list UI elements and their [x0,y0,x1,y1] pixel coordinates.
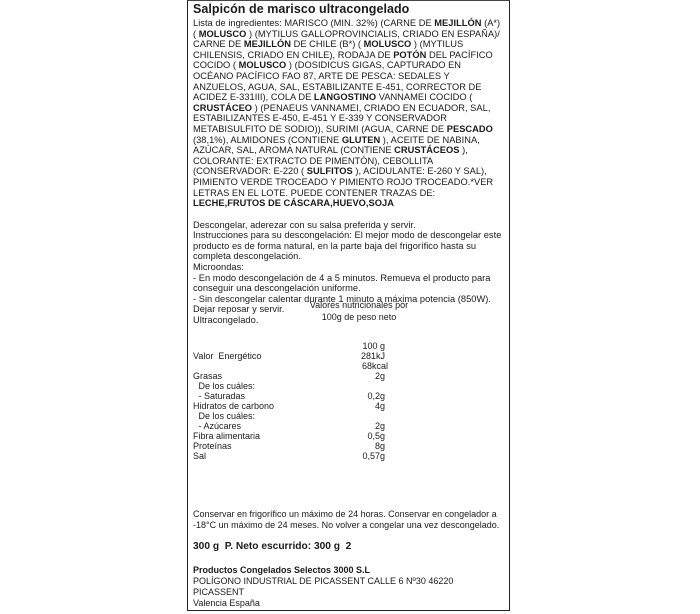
nutrient-label: Sal [193,451,206,461]
nutrition-row: - Saturadas0,2g [193,391,393,401]
company-name: Productos Congelados Selectos 3000 S.L [193,565,503,576]
product-title: Salpicón de marisco ultracongelado [193,2,503,17]
nutrient-value: 2g [375,371,385,381]
company-address: POLÍGONO INDUSTRIAL DE PICASSENT CALLE 6… [193,576,503,598]
nutrient-label: De los cuáles: [196,411,255,421]
allergen-text: CRUSTÁCEOS [394,145,459,155]
nutrition-row: - Azúcares2g [193,421,393,431]
nutrition-row: Hidratos de carbono4g [193,401,393,411]
nutrient-value: 68kcal [362,361,388,371]
nutrition-row: 100 g [193,341,393,351]
net-weight: 300 g P. Neto escurrido: 300 g 2 [193,541,351,552]
nutrition-row: Valor Energético281kJ [193,351,393,361]
ingredient-text: DE CHILE (B*) ( [291,39,364,49]
nutrient-label: Proteínas [193,441,232,451]
ingredient-text: Lista de ingredientes: MARISCO (MIN. 32%… [193,18,434,28]
nutrition-row: 68kcal [193,361,393,371]
allergen-text: MOLUSCO [364,39,412,49]
nutrient-label: De los cuáles: [196,381,255,391]
allergen-text: GLUTEN [342,135,380,145]
nutrient-value: 281kJ [361,351,385,361]
allergen-text: MEJILLÓN [244,39,291,49]
nutrient-label: Grasas [193,371,222,381]
nutrient-value: 100 g [362,341,385,351]
allergen-text: MOLUSCO [239,60,287,70]
ingredient-text: (38,1%), ALMIDONES (CONTIENE [193,135,342,145]
nutrition-row: Sal0,57g [193,451,393,461]
nutrition-row: Fibra alimentaria0,5g [193,431,393,441]
nutrition-heading-line2: 100g de peso neto [215,312,503,324]
ingredients-list: Lista de ingredientes: MARISCO (MIN. 32%… [193,18,503,209]
nutrition-row: De los cuáles: [193,411,393,421]
nutrient-value: 0,2g [367,391,385,401]
allergen-text: LANGOSTINO [314,92,376,102]
allergen-text: CRUSTÁCEO [193,103,252,113]
nutrient-label: Hidratos de carbono [193,401,274,411]
usage-line: - En modo descongelación de 4 a 5 minuto… [193,273,503,294]
nutrient-label: - Azúcares [196,421,241,431]
label-content: Salpicón de marisco ultracongelado Lista… [193,1,503,326]
usage-line: Microondas: [193,262,503,273]
nutrition-heading: Valores nutricionales por 100g de peso n… [193,300,503,323]
allergen-text: LECHE,FRUTOS DE CÁSCARA,HUEVO,SOJA [193,198,394,208]
nutrition-row: De los cuáles: [193,381,393,391]
storage-instructions: Conservar en frigorífico un máximo de 24… [193,509,503,531]
nutrient-value: 0,57g [362,451,385,461]
usage-line: Descongelar, aderezar con su salsa prefe… [193,220,503,231]
allergen-text: PESCADO [447,124,493,134]
allergen-text: SULFITOS [307,166,353,176]
nutrient-value: 4g [375,401,385,411]
nutrition-row: Proteínas8g [193,441,393,451]
ingredient-text: VANNAMEI COCIDO ( [376,92,472,102]
nutrient-value: 0,5g [367,431,385,441]
company-region: Valencia España [193,598,503,609]
product-label: Salpicón de marisco ultracongelado Lista… [187,0,510,611]
allergen-text: MOLUSCO [199,29,247,39]
nutrient-value: 2g [375,421,385,431]
nutrient-value: 8g [375,441,385,451]
allergen-text: MEJILLÓN [434,18,481,28]
allergen-text: POTÓN [393,50,426,60]
nutrient-label: Fibra alimentaria [193,431,260,441]
nutrition-row: Grasas2g [193,371,393,381]
usage-line: Instrucciones para su descongelación: El… [193,230,503,262]
nutrition-table: 100 gValor Energético281kJ68kcalGrasas2g… [193,341,393,461]
nutrient-label: Valor Energético [193,351,261,361]
nutrition-heading-line1: Valores nutricionales por [215,300,503,312]
company-info: Productos Congelados Selectos 3000 S.L P… [193,565,503,609]
nutrient-label: - Saturadas [196,391,245,401]
